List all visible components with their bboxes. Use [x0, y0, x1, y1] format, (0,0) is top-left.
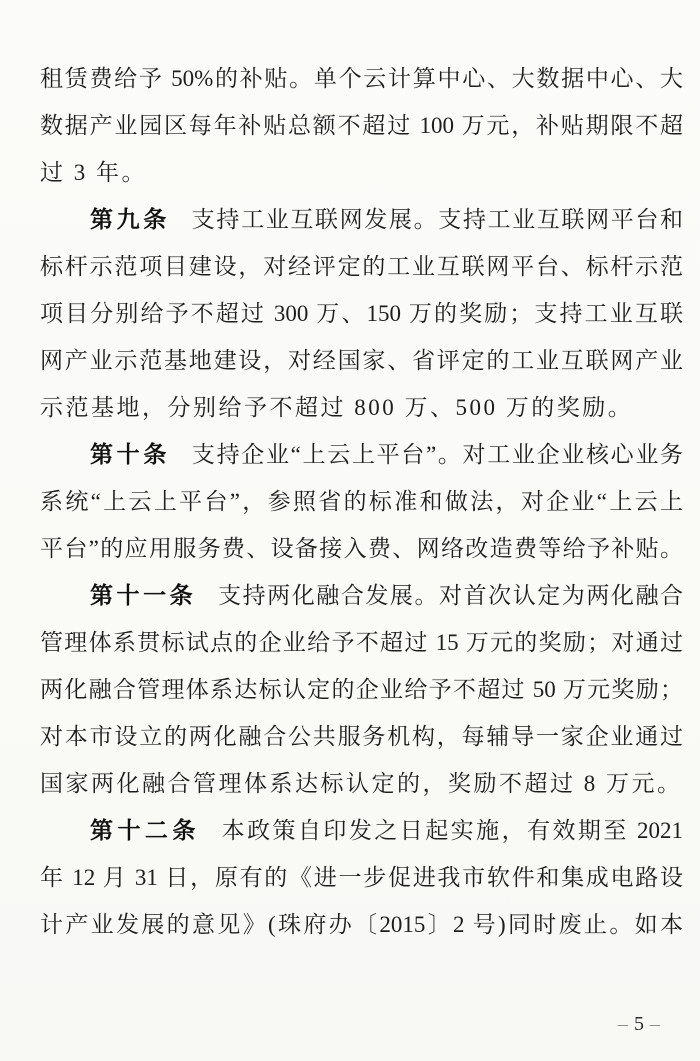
- text-line: 数据产业园区每年补贴总额不超过 100 万元，补贴期限不超: [40, 102, 683, 149]
- text-line: 国家两化融合管理体系达标认定的，奖励不超过 8 万元。: [40, 760, 683, 807]
- text-line: 平台”的应用服务费、设备接入费、网络改造费等给予补贴。: [40, 525, 683, 572]
- text-line: 系统“上云上平台”，参照省的标准和做法，对企业“上云上: [40, 478, 683, 525]
- text-line: 两化融合管理体系达标认定的企业给予不超过 50 万元奖励；: [40, 666, 683, 713]
- text-line: 租赁费给予 50%的补贴。单个云计算中心、大数据中心、大: [40, 55, 683, 102]
- document-body: 租赁费给予 50%的补贴。单个云计算中心、大数据中心、大数据产业园区每年补贴总额…: [40, 55, 683, 948]
- article-number: 第十二条: [90, 818, 200, 843]
- page-number: 5: [634, 1013, 644, 1035]
- article-heading-line: 第十一条支持两化融合发展。对首次认定为两化融合: [40, 572, 683, 619]
- article-heading-line: 第九条支持工业互联网发展。支持工业互联网平台和: [40, 196, 683, 243]
- article-heading-line: 第十二条本政策自印发之日起实施，有效期至 2021: [40, 807, 683, 854]
- text-line: 年 12 月 31 日，原有的《进一步促进我市软件和集成电路设: [40, 854, 683, 901]
- text-line: 项目分别给予不超过 300 万、150 万的奖励；支持工业互联: [40, 290, 683, 337]
- article-number: 第十一条: [90, 583, 196, 608]
- text-line: 示范基地，分别给予不超过 800 万、500 万的奖励。: [40, 384, 683, 431]
- text-line: 对本市设立的两化融合公共服务机构，每辅导一家企业通过: [40, 713, 683, 760]
- text-line: 网产业示范基地建设，对经国家、省评定的工业互联网产业: [40, 337, 683, 384]
- article-heading-line: 第十条支持企业“上云上平台”。对工业企业核心业务: [40, 431, 683, 478]
- article-number: 第十条: [90, 442, 170, 467]
- document-page: 租赁费给予 50%的补贴。单个云计算中心、大数据中心、大数据产业园区每年补贴总额…: [0, 0, 700, 1061]
- text-line: 过 3 年。: [40, 149, 683, 196]
- page-footer: –5–: [612, 1012, 666, 1036]
- text-line: 标杆示范项目建设，对经评定的工业互联网平台、标杆示范: [40, 243, 683, 290]
- footer-dash-right: –: [650, 1013, 660, 1035]
- article-number: 第九条: [90, 207, 170, 232]
- footer-dash-left: –: [618, 1013, 628, 1035]
- text-line: 计产业发展的意见》(珠府办〔2015〕2 号)同时废止。如本: [40, 901, 683, 948]
- text-line: 管理体系贯标试点的企业给予不超过 15 万元的奖励；对通过: [40, 619, 683, 666]
